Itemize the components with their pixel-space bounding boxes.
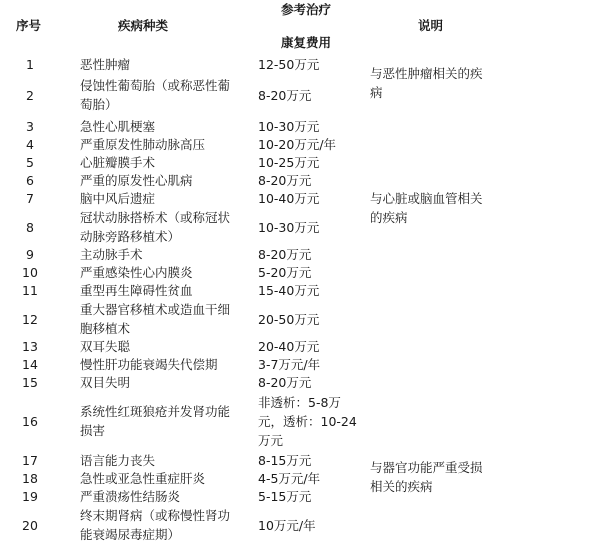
row-disease: 严重的原发性心肌病 <box>80 171 240 189</box>
row-cost: 4-5万元/年 <box>258 469 358 487</box>
row-no: 2 <box>10 74 50 116</box>
row-cost: 非透析：5-8万元，透析：10-24万元 <box>258 392 358 450</box>
table-row: 18 急性或亚急性重症肝炎 4-5万元/年 <box>0 469 600 487</box>
row-disease: 语言能力丧失 <box>80 451 240 469</box>
table-row: 8 冠状动脉搭桥术（或称冠状动脉旁路移植术） 10-30万元 <box>0 207 600 247</box>
row-disease: 急性或亚急性重症肝炎 <box>80 469 240 487</box>
row-no: 18 <box>10 469 50 487</box>
table-row: 5 心脏瓣膜手术 10-25万元 <box>0 153 600 171</box>
row-cost: 10-25万元 <box>258 153 358 171</box>
row-disease: 急性心肌梗塞 <box>80 117 240 135</box>
row-cost: 10-40万元 <box>258 189 358 207</box>
table-row: 11 重型再生障碍性贫血 15-40万元 <box>0 281 600 299</box>
table-row: 15 双目失明 8-20万元 <box>0 373 600 391</box>
row-no: 7 <box>10 189 50 207</box>
row-no: 14 <box>10 355 50 373</box>
row-disease: 重大器官移植术或造血干细胞移植术 <box>80 299 240 339</box>
row-disease: 双目失明 <box>80 373 240 391</box>
table-row: 4 严重原发性肺动脉高压 10-20万元/年 <box>0 135 600 153</box>
row-disease: 冠状动脉搭桥术（或称冠状动脉旁路移植术） <box>80 207 240 247</box>
row-disease: 系统性红斑狼疮并发肾功能损害 <box>80 392 240 450</box>
table-row: 6 严重的原发性心肌病 8-20万元 <box>0 171 600 189</box>
row-disease: 主动脉手术 <box>80 245 240 263</box>
table-row: 12 重大器官移植术或造血干细胞移植术 20-50万元 <box>0 299 600 339</box>
row-cost: 8-20万元 <box>258 74 358 116</box>
table-row: 20 终末期肾病（或称慢性肾功能衰竭尿毒症期） 10万元/年 <box>0 505 600 541</box>
row-no: 15 <box>10 373 50 391</box>
row-cost: 3-7万元/年 <box>258 355 358 373</box>
row-no: 6 <box>10 171 50 189</box>
header-cost-line1: 参考治疗 <box>281 0 331 18</box>
row-no: 5 <box>10 153 50 171</box>
row-no: 10 <box>10 263 50 281</box>
row-no: 17 <box>10 451 50 469</box>
table-row: 14 慢性肝功能衰竭失代偿期 3-7万元/年 <box>0 355 600 373</box>
row-cost: 10万元/年 <box>258 505 358 541</box>
row-no: 4 <box>10 135 50 153</box>
row-cost: 8-20万元 <box>258 171 358 189</box>
row-no: 20 <box>10 505 50 541</box>
row-no: 12 <box>10 299 50 339</box>
table-row: 16 系统性红斑狼疮并发肾功能损害 非透析：5-8万元，透析：10-24万元 <box>0 392 600 450</box>
row-disease: 侵蚀性葡萄胎（或称恶性葡萄胎） <box>80 74 240 116</box>
row-disease: 慢性肝功能衰竭失代偿期 <box>80 355 240 373</box>
row-cost: 8-15万元 <box>258 451 358 469</box>
row-cost: 10-20万元/年 <box>258 135 358 153</box>
table-row: 7 脑中风后遗症 10-40万元 <box>0 189 600 207</box>
row-disease: 严重原发性肺动脉高压 <box>80 135 240 153</box>
row-cost: 10-30万元 <box>258 207 358 247</box>
row-disease: 严重溃疡性结肠炎 <box>80 487 240 505</box>
row-no: 1 <box>10 55 50 73</box>
row-disease: 心脏瓣膜手术 <box>80 153 240 171</box>
row-cost: 20-50万元 <box>258 299 358 339</box>
row-disease: 严重感染性心内膜炎 <box>80 263 240 281</box>
row-no: 9 <box>10 245 50 263</box>
row-disease: 脑中风后遗症 <box>80 189 240 207</box>
table-row: 1 恶性肿瘤 12-50万元 <box>0 55 600 73</box>
row-disease: 终末期肾病（或称慢性肾功能衰竭尿毒症期） <box>80 505 240 541</box>
table-row: 19 严重溃疡性结肠炎 5-15万元 <box>0 487 600 505</box>
table-row: 13 双耳失聪 20-40万元 <box>0 337 600 355</box>
header-disease: 疾病种类 <box>118 16 168 34</box>
table-row: 10 严重感染性心内膜炎 5-20万元 <box>0 263 600 281</box>
row-disease: 恶性肿瘤 <box>80 55 240 73</box>
row-cost: 15-40万元 <box>258 281 358 299</box>
note-cardiovascular: 与心脏或脑血管相关的疾病 <box>370 189 490 227</box>
row-no: 8 <box>10 207 50 247</box>
table-row: 9 主动脉手术 8-20万元 <box>0 245 600 263</box>
header-cost-line2: 康复费用 <box>281 33 331 51</box>
row-disease: 重型再生障碍性贫血 <box>80 281 240 299</box>
row-no: 16 <box>10 392 50 450</box>
header-no: 序号 <box>16 16 41 34</box>
row-no: 19 <box>10 487 50 505</box>
row-cost: 12-50万元 <box>258 55 358 73</box>
row-no: 3 <box>10 117 50 135</box>
table-row: 3 急性心肌梗塞 10-30万元 <box>0 117 600 135</box>
table-row: 2 侵蚀性葡萄胎（或称恶性葡萄胎） 8-20万元 <box>0 74 600 116</box>
row-disease: 双耳失聪 <box>80 337 240 355</box>
critical-illness-table: 序号 疾病种类 参考治疗 康复费用 说明 1 恶性肿瘤 12-50万元 2 侵蚀… <box>0 0 600 52</box>
row-cost: 5-20万元 <box>258 263 358 281</box>
row-no: 11 <box>10 281 50 299</box>
note-organ-failure: 与器官功能严重受损相关的疾病 <box>370 458 490 496</box>
header-note: 说明 <box>418 16 443 34</box>
row-no: 13 <box>10 337 50 355</box>
table-header: 序号 疾病种类 参考治疗 康复费用 说明 <box>0 0 600 52</box>
row-cost: 8-20万元 <box>258 245 358 263</box>
table-row: 17 语言能力丧失 8-15万元 <box>0 451 600 469</box>
row-cost: 20-40万元 <box>258 337 358 355</box>
row-cost: 10-30万元 <box>258 117 358 135</box>
row-cost: 5-15万元 <box>258 487 358 505</box>
note-tumor: 与恶性肿瘤相关的疾病 <box>370 64 490 102</box>
row-cost: 8-20万元 <box>258 373 358 391</box>
